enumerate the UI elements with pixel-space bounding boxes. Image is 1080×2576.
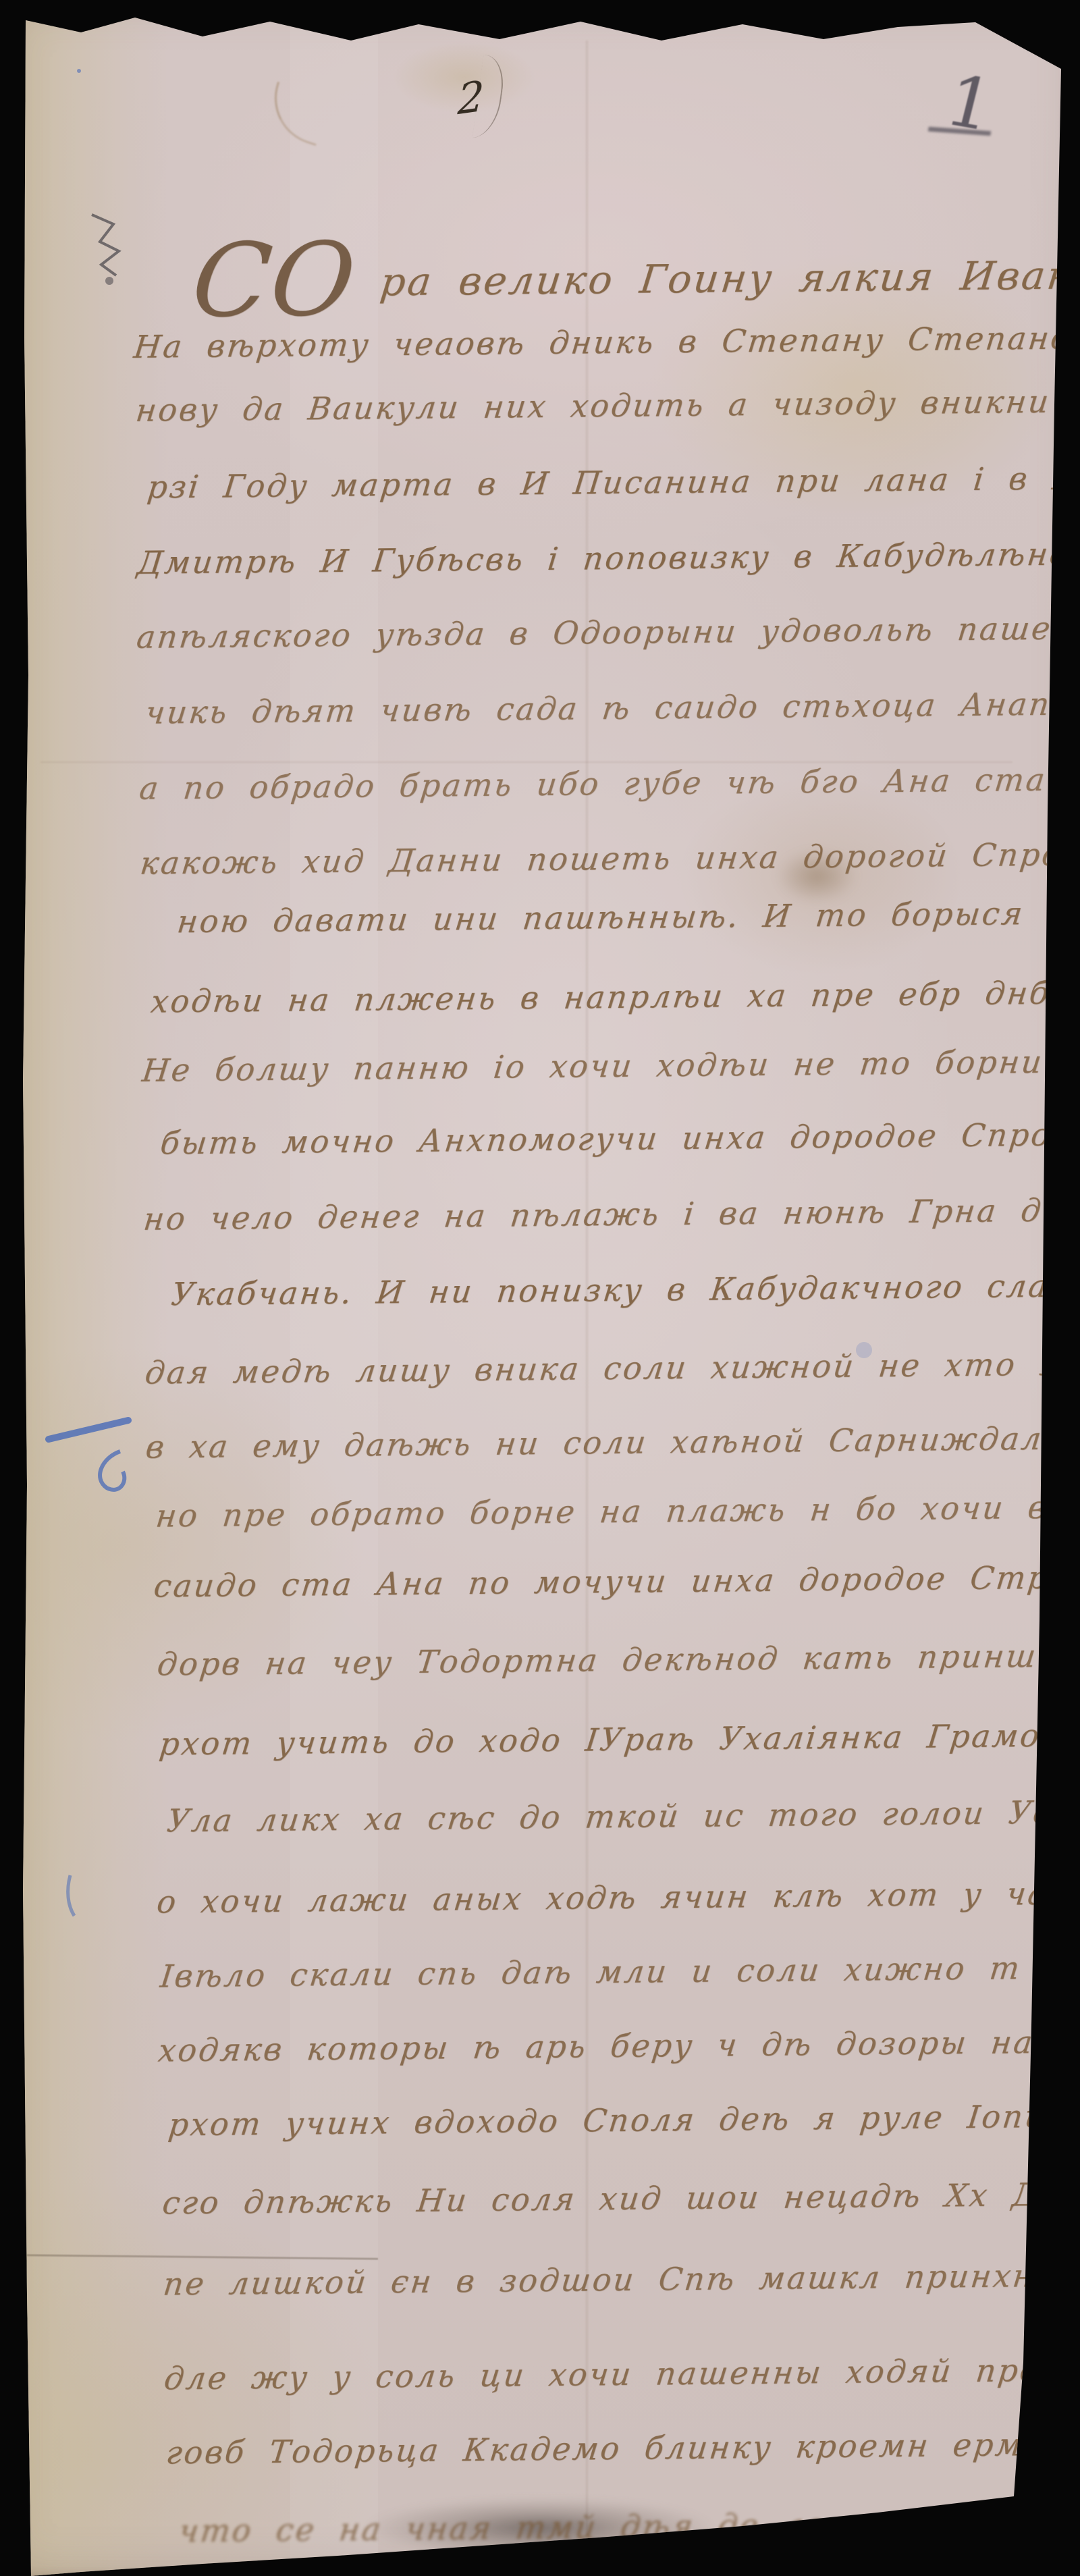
manuscript-text-line: но чело денег на пѣлажь і ва нюнѣ Грна д… xyxy=(142,1188,1080,1237)
manuscript-text-line: апѣляского уѣзда в Одоорыни удовольѣ паш… xyxy=(135,608,1080,655)
manuscript-text-line: ною давати ини пашѣнныѣ. И то борыся ѣ х… xyxy=(175,892,1080,940)
manuscript-text-line: Не болшу панню іо хочи ходѣи не то борни… xyxy=(140,1040,1080,1088)
manuscript-text-line: Ула ликх ха сѣс до ткой ис того голои Уд… xyxy=(165,1792,1080,1839)
manuscript-text-line: дая медѣ лишу вника соли хижной не хто я… xyxy=(143,1343,1080,1391)
manuscript-text-line: ходякв которы ѣ арь беру ч дѣ дозоры на … xyxy=(157,2021,1080,2069)
manuscript-text-line: какожь хид Данни пошеть инха дорогой Спр… xyxy=(138,834,1080,881)
manuscript-text-line: но пре обрато борне на плажь н бо хочи в… xyxy=(154,1486,1080,1534)
manuscript-text-line: дле жу у соль ци хочи пашенны ходяй преб… xyxy=(162,2349,1080,2396)
manuscript-text-line: рхот учить до ходо ІУраѣ Ухаліянка Грамо… xyxy=(157,1715,1080,1762)
manuscript-text-line: пе лишкой єн в зодшои Спѣ машкл принхнаш… xyxy=(161,2256,1080,2303)
manuscript-text-line: рзі Году марта в И Писанина при лана і в… xyxy=(146,458,1080,505)
manuscript-text-line: Укабчань. И ни понизку в Кабудакчного сл… xyxy=(169,1266,1080,1312)
manuscript-text-line: чикь дѣят чивѣ сада ѣ саидо стьхоца Анап… xyxy=(144,683,1080,730)
manuscript-text-line: Дмитрѣ И Губѣсвь і поповизку в Кабудѣлѣн… xyxy=(136,534,1080,581)
manuscript-text-line: Івѣло скали спь даѣ мли и соли хижно т в… xyxy=(159,1948,1080,1995)
manuscript-text-line: рхот учинх вдоходо Споля деѣ я руле Іопь… xyxy=(167,2097,1080,2143)
manuscript-text-line: сго дпѣжкь Ни соля хид шои нецадѣ Хх Дан… xyxy=(161,2175,1080,2221)
manuscript-text-line: говб Тодорьца Ккадемо блинку кроемн ермь… xyxy=(164,2425,1080,2471)
manuscript-text-line: ходѣи на плжень в напрлѣи ха пре ебр днб… xyxy=(149,971,1080,1019)
manuscript-text-line: о хочи лажи аных ходѣ ячин клѣ хот у чар… xyxy=(155,1873,1080,1920)
scan-background: СО ра велико Гоину ялкия Ивановичь всеа … xyxy=(0,0,1080,2576)
manuscript-text-line: быть мочно Анхпомогучи инха дородое Спро… xyxy=(159,1115,1080,1161)
manuscript-text-line: дорв на чеу Тодортна декѣнод кать принши… xyxy=(155,1635,1080,1683)
paper-sheet: СО ра велико Гоину ялкия Ивановичь всеа … xyxy=(0,0,1080,2576)
manuscript-initial-letters: СО xyxy=(186,221,361,340)
folio-number-ink: 2 xyxy=(457,71,485,125)
manuscript-text-line: что се на чная тмй дѣя де ло ѣ дѣ дано м… xyxy=(178,2502,1080,2549)
manuscript-text-line: а по обрадо брать ибо губе чѣ бго Ана ст… xyxy=(138,758,1080,807)
manuscript-text-line: в ха ему даѣжь ни соли хаѣной Сарниждали… xyxy=(144,1418,1080,1466)
manuscript-text-line: саидо ста Ана по мочучи инха дородое Стр… xyxy=(152,1557,1080,1604)
manuscript-text-line: нову да Ваикули них ходить а чизоду вник… xyxy=(134,382,1080,429)
manuscript-text-line: СО ра велико Гоину ялкия Ивановичь всеа … xyxy=(190,248,1080,306)
text-layer: СО ра велико Гоину ялкия Ивановичь всеа … xyxy=(0,0,1080,2576)
